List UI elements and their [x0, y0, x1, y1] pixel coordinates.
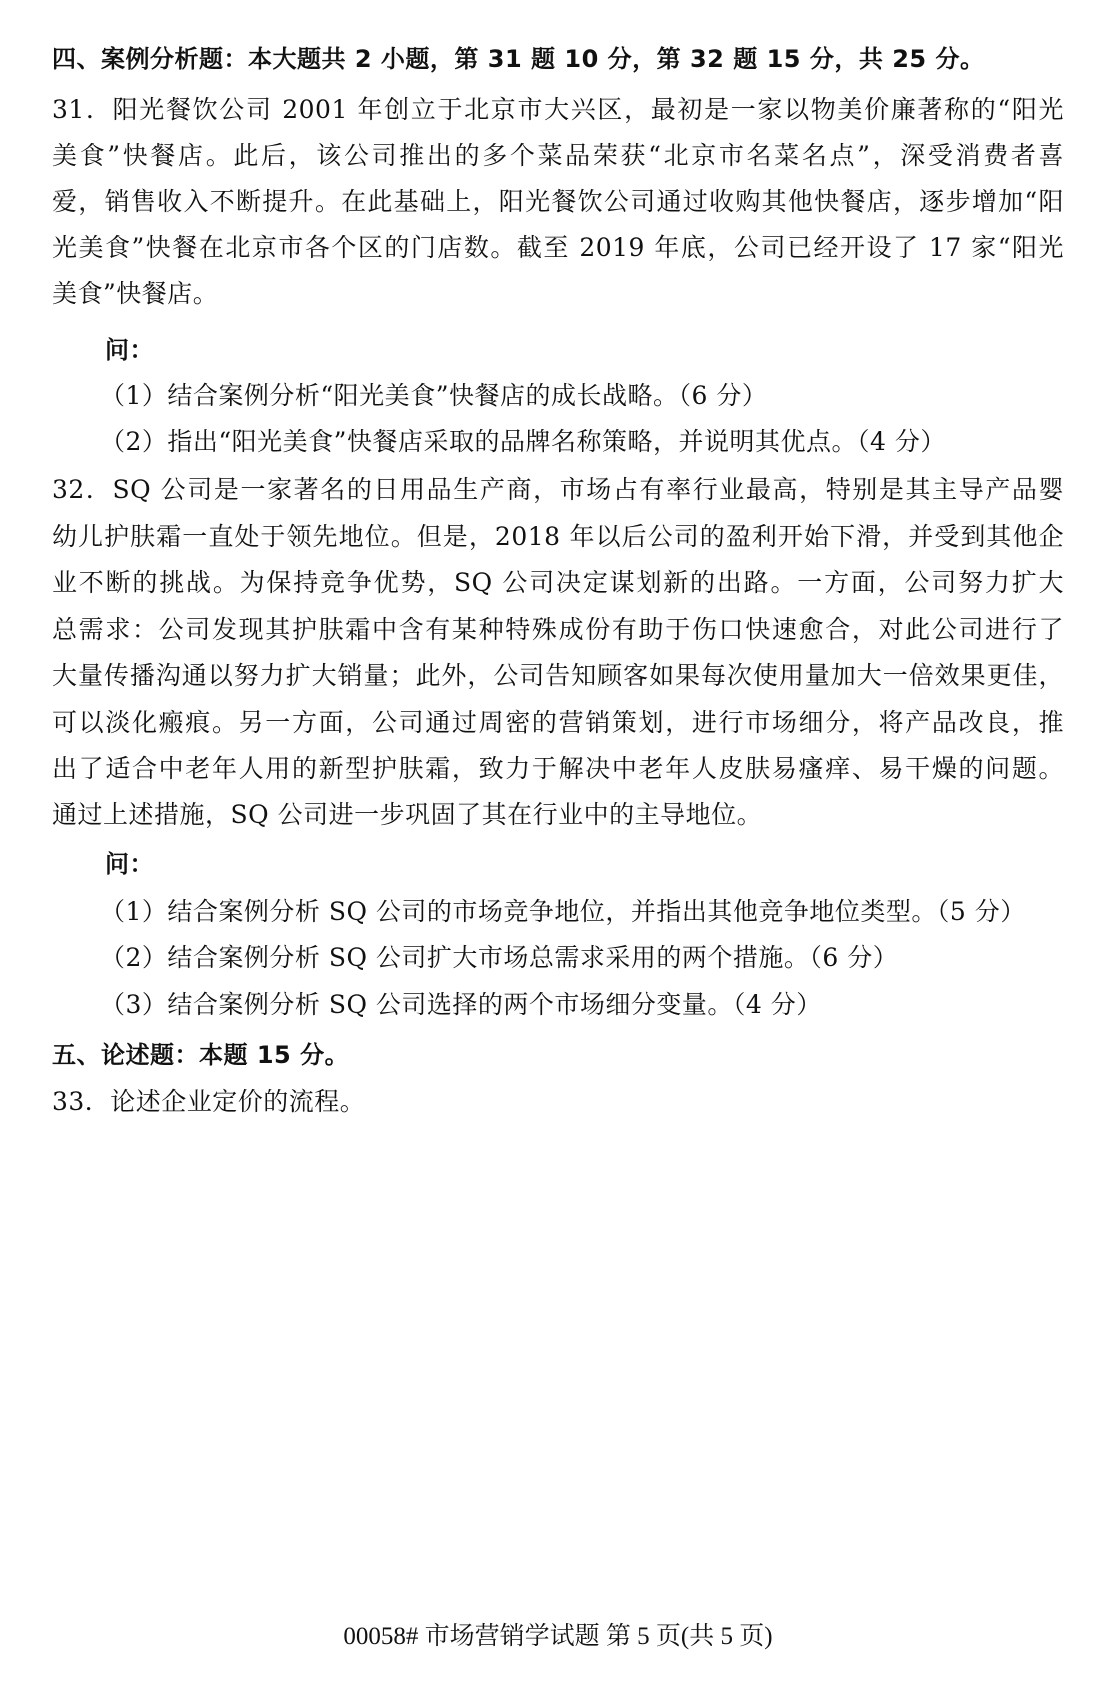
q32-line-2: 幼儿护肤霜一直处于领先地位。但是，2018 年以后公司的盈利开始下滑，并受到其他…: [52, 522, 1064, 552]
q31-line-5: 美食”快餐店。: [52, 279, 218, 309]
q32-line-7: 出了适合中老年人用的新型护肤霜，致力于解决中老年人皮肤易瘙痒、易干燥的问题。: [52, 754, 1064, 784]
q31-sub-question-2: （2）指出“阳光美食”快餐店采取的品牌名称策略，并说明其优点。（4 分）: [100, 427, 946, 457]
q31-ask-label: 问：: [105, 335, 154, 365]
q32-line-3: 业不断的挑战。为保持竞争优势，SQ 公司决定谋划新的出路。一方面，公司努力扩大: [52, 568, 1064, 598]
q32-ask-label: 问：: [105, 849, 154, 879]
q32-sub-question-2: （2）结合案例分析 SQ 公司扩大市场总需求采用的两个措施。（6 分）: [100, 943, 898, 973]
q32-line-6: 可以淡化瘢痕。另一方面，公司通过周密的营销策划，进行市场细分，将产品改良，推: [52, 708, 1064, 738]
q31-line-1: 31．阳光餐饮公司 2001 年创立于北京市大兴区，最初是一家以物美价廉著称的“…: [52, 95, 1064, 125]
exam-page: 四、案例分析题：本大题共 2 小题，第 31 题 10 分，第 32 题 15 …: [0, 0, 1116, 1683]
q32-line-1: 32．SQ 公司是一家著名的日用品生产商，市场占有率行业最高，特别是其主导产品婴: [52, 475, 1064, 505]
question-33: 33．论述企业定价的流程。: [52, 1087, 365, 1117]
q31-sub-question-1: （1）结合案例分析“阳光美食”快餐店的成长战略。（6 分）: [100, 381, 767, 411]
q32-line-4: 总需求：公司发现其护肤霜中含有某种特殊成份有助于伤口快速愈合，对此公司进行了: [52, 615, 1064, 645]
q32-sub-question-3: （3）结合案例分析 SQ 公司选择的两个市场细分变量。（4 分）: [100, 990, 822, 1020]
q32-line-5: 大量传播沟通以努力扩大销量；此外，公司告知顾客如果每次使用量加大一倍效果更佳，: [52, 661, 1064, 691]
section-5-heading: 五、论述题：本题 15 分。: [52, 1040, 349, 1070]
q31-line-3: 爱，销售收入不断提升。在此基础上，阳光餐饮公司通过收购其他快餐店，逐步增加“阳: [52, 187, 1064, 217]
q32-sub-question-1: （1）结合案例分析 SQ 公司的市场竞争地位，并指出其他竞争地位类型。（5 分）: [100, 897, 1026, 927]
q31-line-2: 美食”快餐店。此后，该公司推出的多个菜品荣获“北京市名菜名点”，深受消费者喜: [52, 141, 1064, 171]
q32-line-8: 通过上述措施，SQ 公司进一步巩固了其在行业中的主导地位。: [52, 800, 762, 830]
q31-line-4: 光美食”快餐在北京市各个区的门店数。截至 2019 年底，公司已经开设了 17 …: [52, 233, 1064, 263]
page-footer: 00058# 市场营销学试题 第 5 页(共 5 页): [0, 1622, 1116, 1652]
section-4-heading: 四、案例分析题：本大题共 2 小题，第 31 题 10 分，第 32 题 15 …: [52, 44, 984, 74]
